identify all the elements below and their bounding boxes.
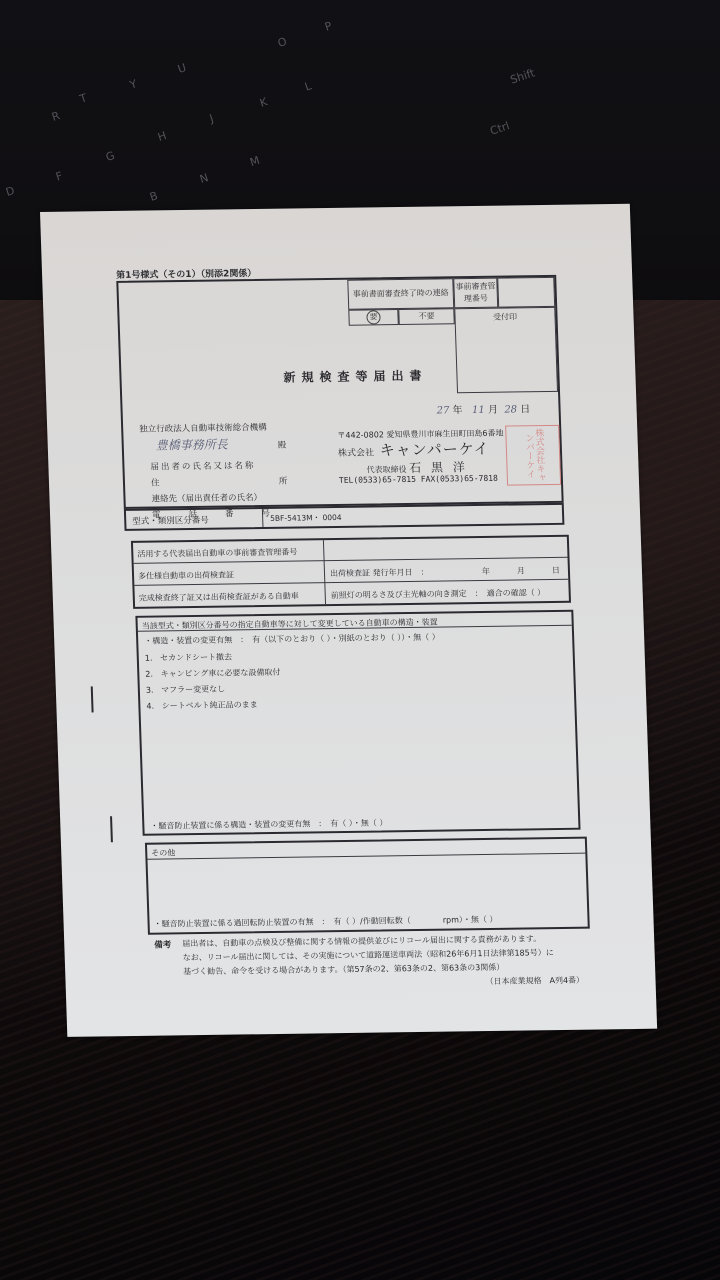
staple-mark bbox=[91, 686, 94, 712]
date-year: 27 bbox=[436, 405, 449, 416]
model-label: 型式・類別区分番号 bbox=[132, 514, 209, 527]
keyboard-key: D bbox=[4, 184, 16, 199]
keyboard-key: Y bbox=[128, 77, 138, 91]
date-day: 28 bbox=[504, 404, 517, 415]
list-item: 4. シートベルト純正品のまま bbox=[146, 699, 258, 712]
model-value: 5BF-5413M・ 0004 bbox=[270, 512, 342, 524]
prior-review-number-label: 事前審査管理番号 bbox=[453, 278, 498, 309]
keyboard-key: O bbox=[276, 35, 288, 50]
keyboard-key: B bbox=[148, 189, 159, 204]
remarks-label: 備考 bbox=[154, 938, 171, 950]
keyboard-key: J bbox=[208, 112, 215, 125]
list-item: 2. キャンピング車に必要な設備取付 bbox=[145, 667, 280, 680]
shipping-cert-day: 日 bbox=[552, 565, 560, 576]
keyboard-key: M bbox=[248, 154, 261, 169]
keyboard-key: R bbox=[50, 109, 61, 124]
shipping-cert-month: 月 bbox=[517, 565, 525, 576]
addressee-organization: 独立行政法人自動車技術総合機構 bbox=[139, 421, 267, 435]
remarks-line-2: なお、リコール届出に関しては、その実施について道路運送車両法（昭和26年6月1日… bbox=[183, 947, 554, 963]
keyboard-key: Shift bbox=[509, 66, 537, 86]
receipt-stamp-area: 受付印 bbox=[454, 307, 558, 393]
form-title: 新規検査等届出書 bbox=[283, 367, 428, 386]
not-required-option[interactable]: 不要 bbox=[398, 308, 455, 325]
shipping-cert-date-label: 出荷検査証 発行年月日 ： bbox=[330, 567, 429, 579]
keyboard-key: L bbox=[303, 79, 313, 93]
address-label-1: 住 bbox=[151, 476, 160, 488]
keyboard-key: H bbox=[156, 129, 168, 144]
list-item: 1. セカンドシート撤去 bbox=[145, 651, 233, 663]
shipping-cert-year: 年 bbox=[482, 566, 490, 577]
keyboard-key: G bbox=[104, 149, 116, 164]
addressee-honorific: 殿 bbox=[278, 439, 287, 451]
date-line: 27 年 11 月 28 日 bbox=[436, 400, 530, 416]
keyboard-key: F bbox=[54, 169, 64, 183]
keyboard-key: N bbox=[198, 171, 210, 186]
keyboard-key: U bbox=[176, 61, 188, 76]
remarks-line-3: 基づく勧告、命令を受ける場合があります。（第57条の2、第63条の2、第63条の… bbox=[183, 962, 504, 977]
company-seal: 株式会社キャンパーケイ bbox=[505, 425, 561, 486]
required-option[interactable]: 要 bbox=[348, 309, 399, 326]
address-label-2: 所 bbox=[279, 475, 288, 487]
addressee-office: 豊橋事務所長 bbox=[155, 435, 228, 453]
applicant-name-label: 届出者の氏名又は名称 bbox=[150, 459, 255, 472]
staple-mark bbox=[110, 816, 113, 842]
keyboard-key: Ctrl bbox=[488, 119, 511, 137]
section4-heading: その他 bbox=[151, 847, 175, 858]
form-paper: 第1号様式（その1）（別添2関係） 事前書面審査終了時の連絡 要 不要 事前審査… bbox=[40, 204, 657, 1037]
section2-row3-label: 完成検査終了証又は出荷検査証がある自動車 bbox=[139, 591, 299, 604]
contact-label: 連絡先（届出責任者の氏名） bbox=[151, 491, 262, 505]
list-item: 3. マフラー変更なし bbox=[146, 684, 226, 696]
keyboard-key: T bbox=[78, 91, 88, 105]
section2-row1-label: 活用する代表届出自動車の事前審査管理番号 bbox=[137, 547, 297, 560]
date-month: 11 bbox=[472, 405, 485, 416]
section2-row2-label: 多仕様自動車の出荷検査証 bbox=[138, 569, 234, 581]
remarks-line-1: 届出者は、自動車の点検及び整備に関する情報の提供並びにリコール届出に関する責務が… bbox=[182, 933, 541, 949]
keyboard-key: K bbox=[258, 95, 269, 110]
keyboard-key: P bbox=[323, 19, 333, 33]
prior-review-contact-label: 事前書面審査終了時の連絡 bbox=[347, 278, 454, 309]
prior-review-number-field[interactable] bbox=[497, 277, 555, 308]
jis-standard: （日本産業規格 A列4番） bbox=[485, 975, 584, 987]
